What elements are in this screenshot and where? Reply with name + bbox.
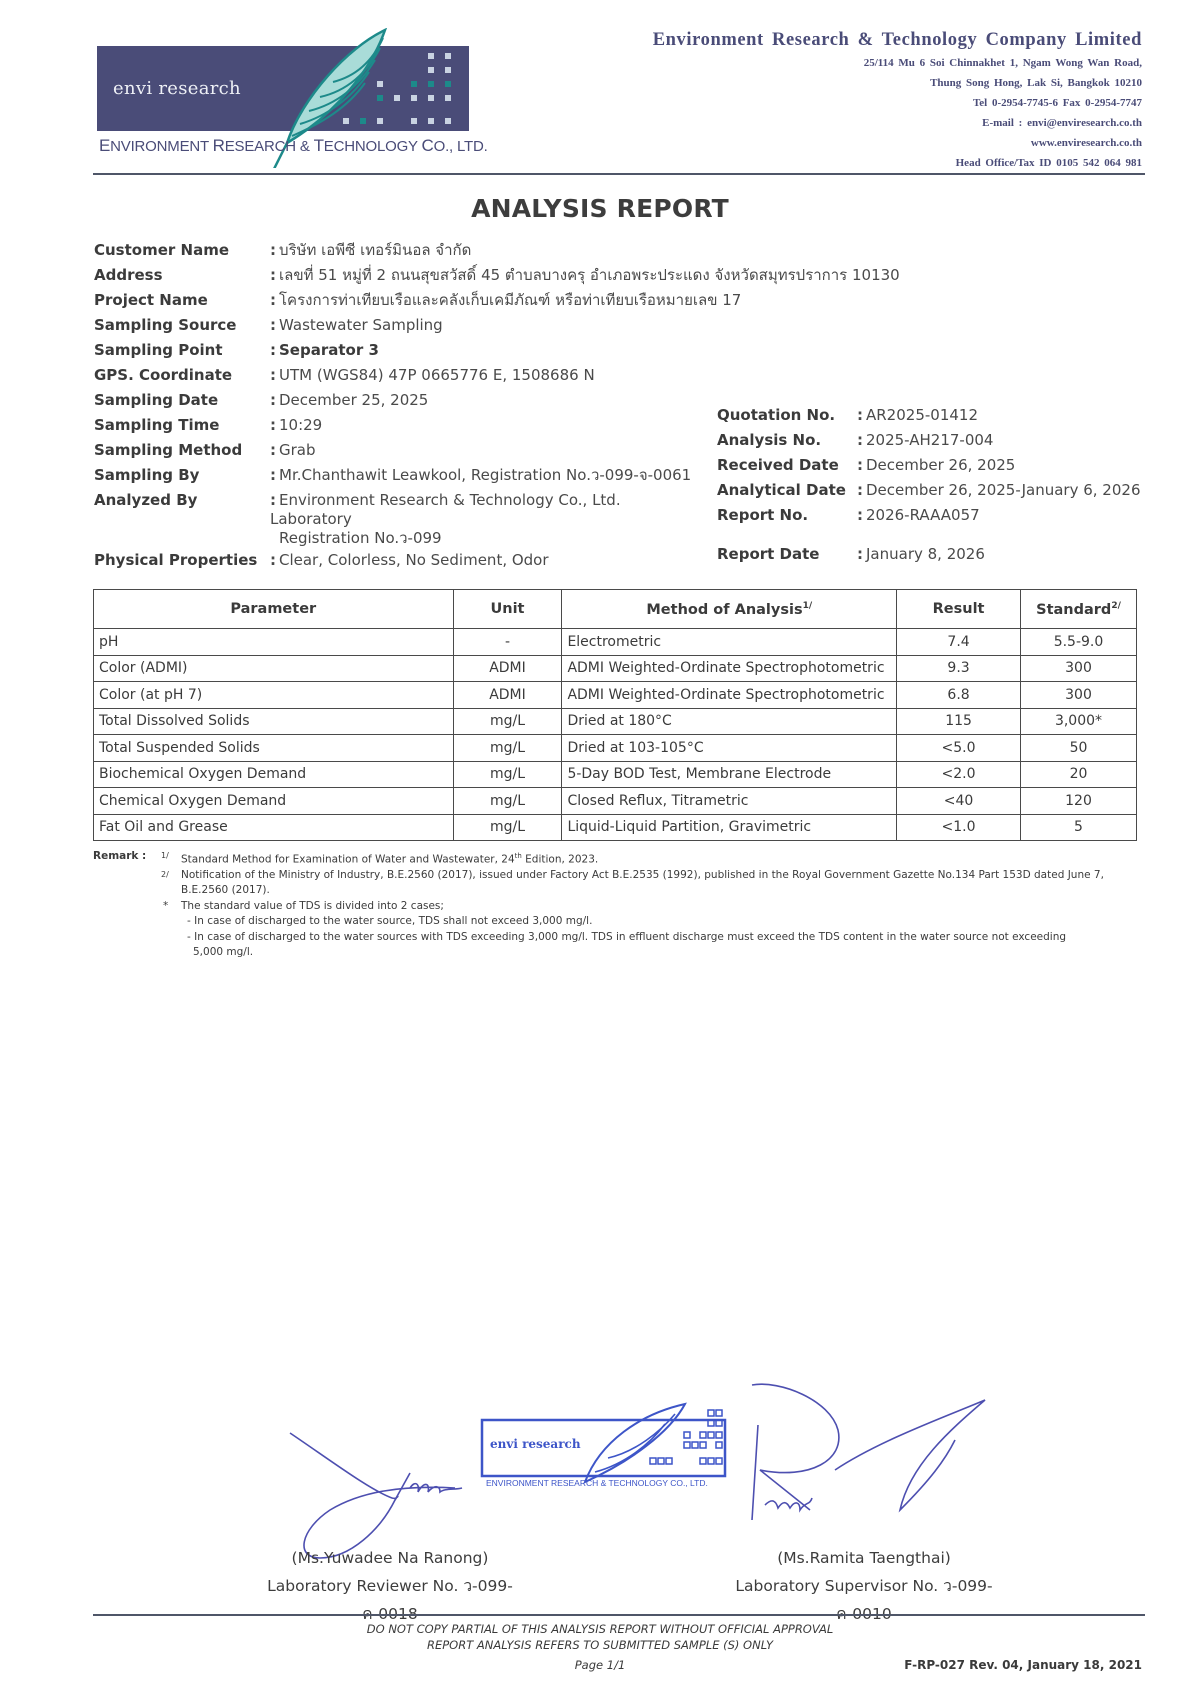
cell-method: ADMI Weighted-Ordinate Spectrophotometri… [562, 682, 897, 709]
cell-method: Closed Reflux, Titrametric [562, 788, 897, 815]
info-report-no: Report No.2026-RAAA057 [717, 503, 1140, 528]
supervisor-name: (Ms.Ramita Taengthai) [714, 1544, 1014, 1572]
cell-standard: 5.5-9.0 [1021, 629, 1137, 656]
cell-parameter: Color (at pH 7) [94, 682, 454, 709]
info-quotation-no: Quotation No.AR2025-01412 [717, 403, 1140, 428]
cell-method: Dried at 103-105°C [562, 735, 897, 762]
company-address-2: Thung Song Hong, Lak Si, Bangkok 10210 [653, 73, 1142, 93]
cell-method: Dried at 180°C [562, 708, 897, 735]
supervisor-signature [752, 1384, 985, 1520]
remark-tds-case-2-cont: 5,000 mg/l. [93, 945, 1143, 960]
info-address: Addressเลขที่ 51 หมู่ที่ 2 ถนนสุขสวัสดิ์… [94, 263, 900, 288]
cell-result: 9.3 [897, 655, 1021, 682]
footer-notice-2: REPORT ANALYSIS REFERS TO SUBMITTED SAMP… [0, 1638, 1200, 1652]
company-logo: envi research ENVIRONMENT RESEARCH & TEC… [97, 28, 477, 156]
cell-parameter: Total Dissolved Solids [94, 708, 454, 735]
company-info: Environment Research & Technology Compan… [653, 30, 1142, 173]
cell-unit: mg/L [453, 788, 562, 815]
cell-standard: 5 [1021, 814, 1137, 841]
supervisor-role: Laboratory Supervisor No. ว-099-ค-0010 [714, 1572, 1014, 1628]
header-standard: Standard2/ [1021, 590, 1137, 629]
table-row: Color (at pH 7)ADMIADMI Weighted-Ordinat… [94, 682, 1137, 709]
cell-parameter: Color (ADMI) [94, 655, 454, 682]
cell-unit: mg/L [453, 761, 562, 788]
table-row: Biochemical Oxygen Demandmg/L5-Day BOD T… [94, 761, 1137, 788]
form-code: F-RP-027 Rev. 04, January 18, 2021 [904, 1658, 1142, 1672]
cell-unit: ADMI [453, 655, 562, 682]
cell-standard: 300 [1021, 682, 1137, 709]
info-sampling-source: Sampling SourceWastewater Sampling [94, 313, 900, 338]
cell-parameter: pH [94, 629, 454, 656]
cell-result: 115 [897, 708, 1021, 735]
company-phone: Tel 0-2954-7745-6 Fax 0-2954-7747 [653, 93, 1142, 113]
header-result: Result [897, 590, 1021, 629]
stamp-subtitle: ENVIRONMENT RESEARCH & TECHNOLOGY CO., L… [486, 1478, 708, 1488]
header-method: Method of Analysis1/ [562, 590, 897, 629]
cell-method: Liquid-Liquid Partition, Gravimetric [562, 814, 897, 841]
info-received-date: Received DateDecember 26, 2025 [717, 453, 1140, 478]
header-divider [93, 173, 1145, 175]
remark-note-1: 1/Standard Method for Examination of Wat… [93, 849, 1143, 868]
reviewer-signature [290, 1433, 462, 1558]
cell-result: <5.0 [897, 735, 1021, 762]
cell-standard: 3,000* [1021, 708, 1137, 735]
results-table: Parameter Unit Method of Analysis1/ Resu… [93, 589, 1137, 841]
reviewer-name: (Ms.Yuwadee Na Ranong) [240, 1544, 540, 1572]
header-parameter: Parameter [94, 590, 454, 629]
cell-unit: mg/L [453, 735, 562, 762]
company-address-1: 25/114 Mu 6 Soi Chinnakhet 1, Ngam Wong … [653, 53, 1142, 73]
company-email: E-mail : envi@enviresearch.co.th [653, 113, 1142, 133]
info-report-date: Report DateJanuary 8, 2026 [717, 542, 1140, 567]
info-sampling-point: Sampling PointSeparator 3 [94, 338, 900, 363]
info-project-name: Project Nameโครงการท่าเทียบเรือและคลังเก… [94, 288, 900, 313]
cell-result: <2.0 [897, 761, 1021, 788]
info-right: Quotation No.AR2025-01412 Analysis No.20… [717, 403, 1140, 567]
table-body: pH-Electrometric7.45.5-9.0Color (ADMI)AD… [94, 629, 1137, 841]
reviewer-role: Laboratory Reviewer No. ว-099-ค-0018 [240, 1572, 540, 1628]
cell-result: 6.8 [897, 682, 1021, 709]
remark-tds-note: *The standard value of TDS is divided in… [93, 899, 1143, 914]
footer-notice-1: DO NOT COPY PARTIAL OF THIS ANALYSIS REP… [0, 1622, 1200, 1636]
table-row: Fat Oil and Greasemg/LLiquid-Liquid Part… [94, 814, 1137, 841]
cell-parameter: Total Suspended Solids [94, 735, 454, 762]
logo-subtitle: ENVIRONMENT RESEARCH & TECHNOLOGY CO., L… [99, 136, 488, 156]
info-gps-coordinate: GPS. CoordinateUTM (WGS84) 47P 0665776 E… [94, 363, 900, 388]
table-row: Color (ADMI)ADMIADMI Weighted-Ordinate S… [94, 655, 1137, 682]
cell-unit: mg/L [453, 708, 562, 735]
cell-standard: 300 [1021, 655, 1137, 682]
cell-result: <40 [897, 788, 1021, 815]
cell-result: 7.4 [897, 629, 1021, 656]
company-website: www.enviresearch.co.th [653, 133, 1142, 153]
remark-tds-case-1: - In case of discharged to the water sou… [93, 914, 1143, 929]
company-name: Environment Research & Technology Compan… [653, 30, 1142, 51]
footer-divider [93, 1614, 1145, 1616]
info-customer-name: Customer Nameบริษัท เอพีซี เทอร์มินอล จำ… [94, 238, 900, 263]
table-row: pH-Electrometric7.45.5-9.0 [94, 629, 1137, 656]
page-title: ANALYSIS REPORT [0, 194, 1200, 223]
cell-parameter: Fat Oil and Grease [94, 814, 454, 841]
cell-standard: 120 [1021, 788, 1137, 815]
company-stamp: envi research ENVIRONMENT RESEARCH & TEC… [480, 1402, 727, 1488]
header-unit: Unit [453, 590, 562, 629]
cell-standard: 20 [1021, 761, 1137, 788]
info-analytical-date: Analytical DateDecember 26, 2025-January… [717, 478, 1140, 503]
cell-result: <1.0 [897, 814, 1021, 841]
remark-note-2: 2/Notification of the Ministry of Indust… [93, 868, 1143, 883]
stamp-text: envi research [490, 1437, 581, 1451]
cell-parameter: Chemical Oxygen Demand [94, 788, 454, 815]
remark-note-2-cont: B.E.2560 (2017). [93, 883, 1143, 898]
remark-tds-case-2: - In case of discharged to the water sou… [93, 930, 1143, 945]
table-row: Total Suspended Solidsmg/LDried at 103-1… [94, 735, 1137, 762]
cell-unit: mg/L [453, 814, 562, 841]
cell-method: Electrometric [562, 629, 897, 656]
table-row: Total Dissolved Solidsmg/LDried at 180°C… [94, 708, 1137, 735]
cell-method: ADMI Weighted-Ordinate Spectrophotometri… [562, 655, 897, 682]
table-header-row: Parameter Unit Method of Analysis1/ Resu… [94, 590, 1137, 629]
company-tax-id: Head Office/Tax ID 0105 542 064 981 [653, 153, 1142, 173]
cell-standard: 50 [1021, 735, 1137, 762]
cell-method: 5-Day BOD Test, Membrane Electrode [562, 761, 897, 788]
cell-unit: - [453, 629, 562, 656]
table-row: Chemical Oxygen Demandmg/LClosed Reflux,… [94, 788, 1137, 815]
remarks: Remark : 1/Standard Method for Examinati… [93, 849, 1143, 960]
cell-parameter: Biochemical Oxygen Demand [94, 761, 454, 788]
info-analysis-no: Analysis No.2025-AH217-004 [717, 428, 1140, 453]
cell-unit: ADMI [453, 682, 562, 709]
